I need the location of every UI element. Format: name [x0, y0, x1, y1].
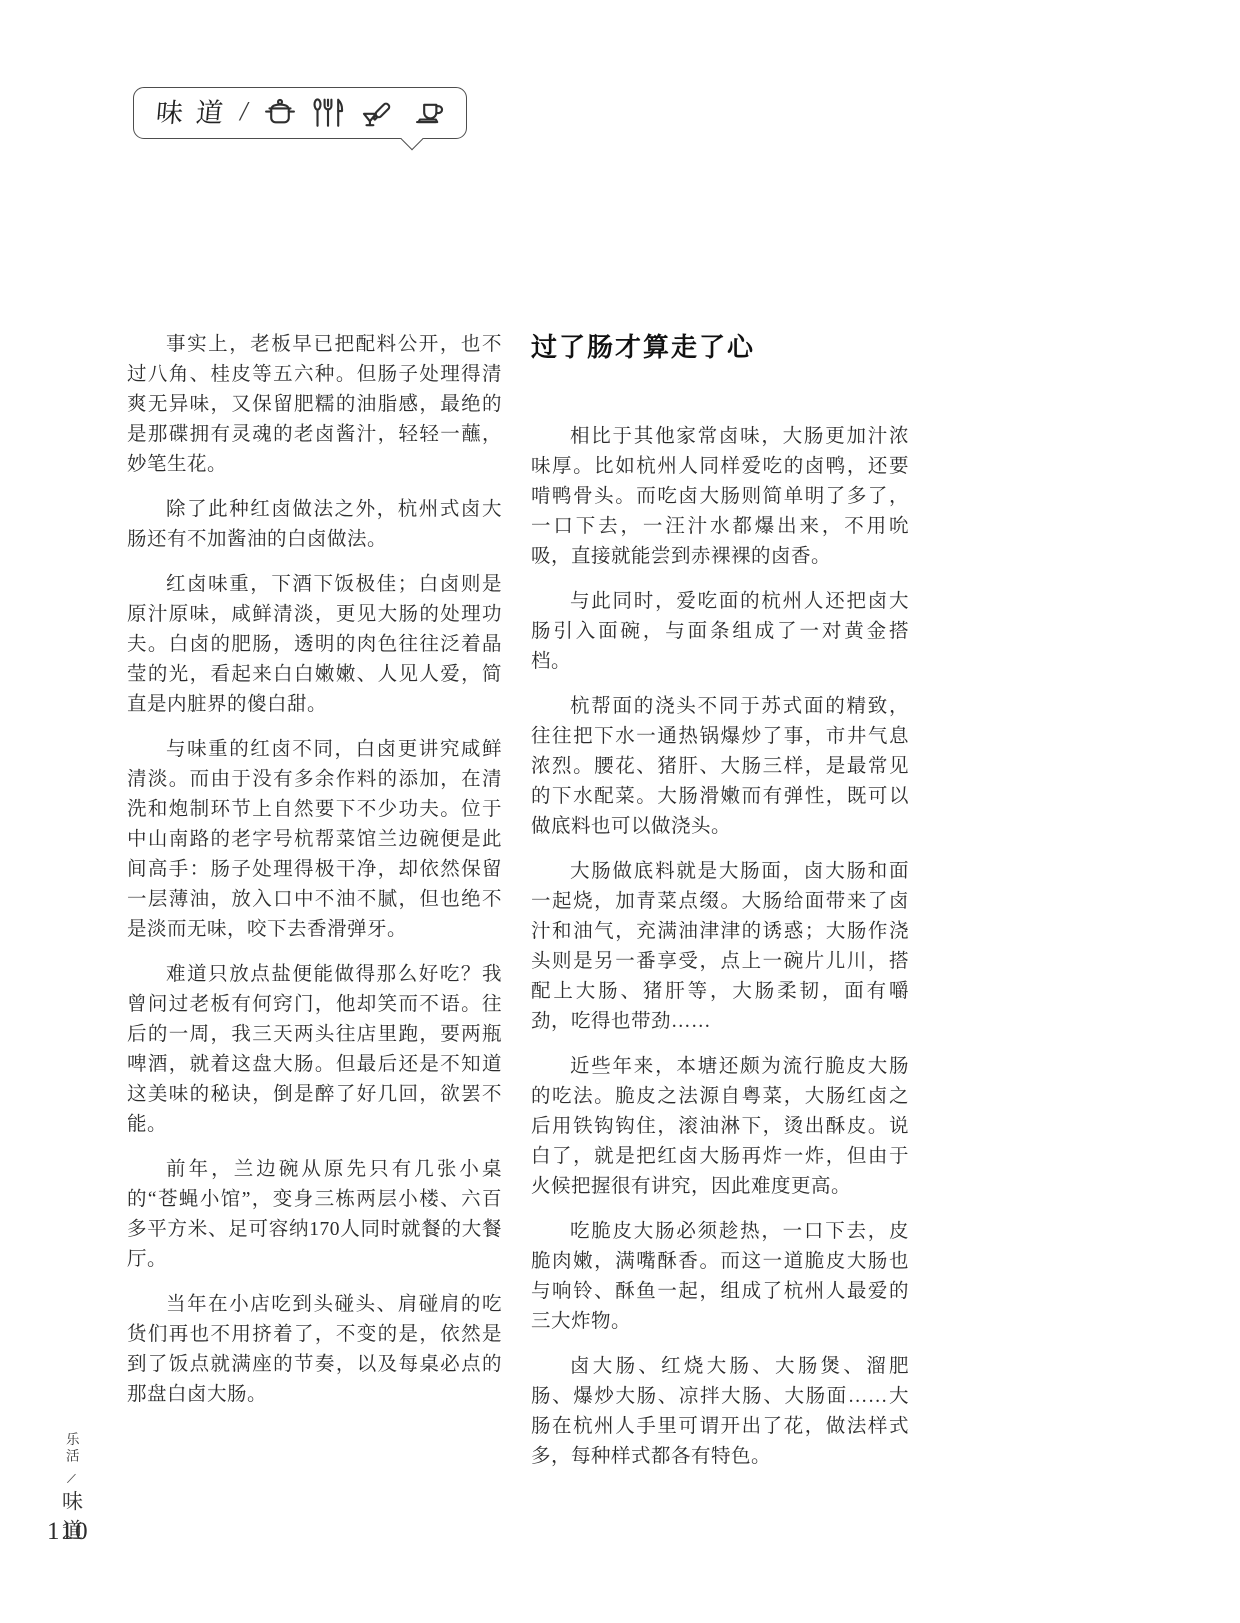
paragraph: 事实上，老板早已把配料公开，也不过八角、桂皮等五六种。但肠子处理得清爽无异味，又… — [127, 330, 502, 480]
paragraph: 与味重的红卤不同，白卤更讲究咸鲜清淡。而由于没有多余作料的添加，在清洗和炮制环节… — [127, 735, 502, 945]
pot-icon — [262, 96, 298, 130]
badge-pointer — [401, 127, 424, 150]
badge-slash: / — [240, 98, 248, 125]
wine-glass-icon — [358, 96, 396, 130]
header-badge: 味道 / — [133, 87, 467, 139]
right-column-body: 相比于其他家常卤味，大肠更加汁浓味厚。比如杭州人同样爱吃的卤鸭，还要啃鸭骨头。而… — [531, 422, 909, 1472]
paragraph: 卤大肠、红烧大肠、大肠煲、溜肥肠、爆炒大肠、凉拌大肠、大肠面……大肠在杭州人手里… — [531, 1352, 909, 1472]
left-column: 事实上，老板早已把配料公开，也不过八角、桂皮等五六种。但肠子处理得清爽无异味，又… — [127, 330, 502, 1425]
page-number: 110 — [47, 1518, 90, 1546]
paragraph: 除了此种红卤做法之外，杭州式卤大肠还有不加酱油的白卤做法。 — [127, 495, 502, 555]
coffee-cup-icon — [409, 96, 449, 130]
section-heading: 过了肠才算走了心 — [531, 332, 909, 364]
paragraph: 与此同时，爱吃面的杭州人还把卤大肠引入面碗，与面条组成了一对黄金搭档。 — [531, 587, 909, 677]
right-column: 过了肠才算走了心 相比于其他家常卤味，大肠更加汁浓味厚。比如杭州人同样爱吃的卤鸭… — [531, 330, 909, 1487]
paragraph: 近些年来，本塘还颇为流行脆皮大肠的吃法。脆皮之法源自粤菜，大肠红卤之后用铁钩钩住… — [531, 1052, 909, 1202]
footer-slash: / — [65, 1470, 76, 1487]
badge-icon-row — [262, 96, 449, 130]
paragraph: 大肠做底料就是大肠面，卤大肠和面一起烧，加青菜点缀。大肠给面带来了卤汁和油气，充… — [531, 857, 909, 1037]
magazine-page: 味道 / — [0, 0, 1240, 1623]
paragraph: 前年，兰边碗从原先只有几张小桌的“苍蝇小馆”，变身三栋两层小楼、六百多平方米、足… — [127, 1155, 502, 1275]
cutlery-icon — [311, 96, 345, 130]
paragraph: 杭帮面的浇头不同于苏式面的精致，往往把下水一通热锅爆炒了事，市井气息浓烈。腰花、… — [531, 692, 909, 842]
paragraph: 相比于其他家常卤味，大肠更加汁浓味厚。比如杭州人同样爱吃的卤鸭，还要啃鸭骨头。而… — [531, 422, 909, 572]
paragraph: 红卤味重，下酒下饭极佳；白卤则是原汁原味，咸鲜清淡，更见大肠的处理功夫。白卤的肥… — [127, 570, 502, 720]
paragraph: 吃脆皮大肠必须趁热，一口下去，皮脆肉嫩，满嘴酥香。而这一道脆皮大肠也与响铃、酥鱼… — [531, 1217, 909, 1337]
paragraph: 当年在小店吃到头碰头、肩碰肩的吃货们再也不用挤着了，不变的是，依然是到了饭点就满… — [127, 1290, 502, 1410]
paragraph: 难道只放点盐便能做得那么好吃？我曾问过老板有何窍门，他却笑而不语。往后的一周，我… — [127, 960, 502, 1140]
footer-series-label: 乐活 — [64, 1432, 78, 1465]
badge-title: 味道 — [155, 100, 237, 127]
